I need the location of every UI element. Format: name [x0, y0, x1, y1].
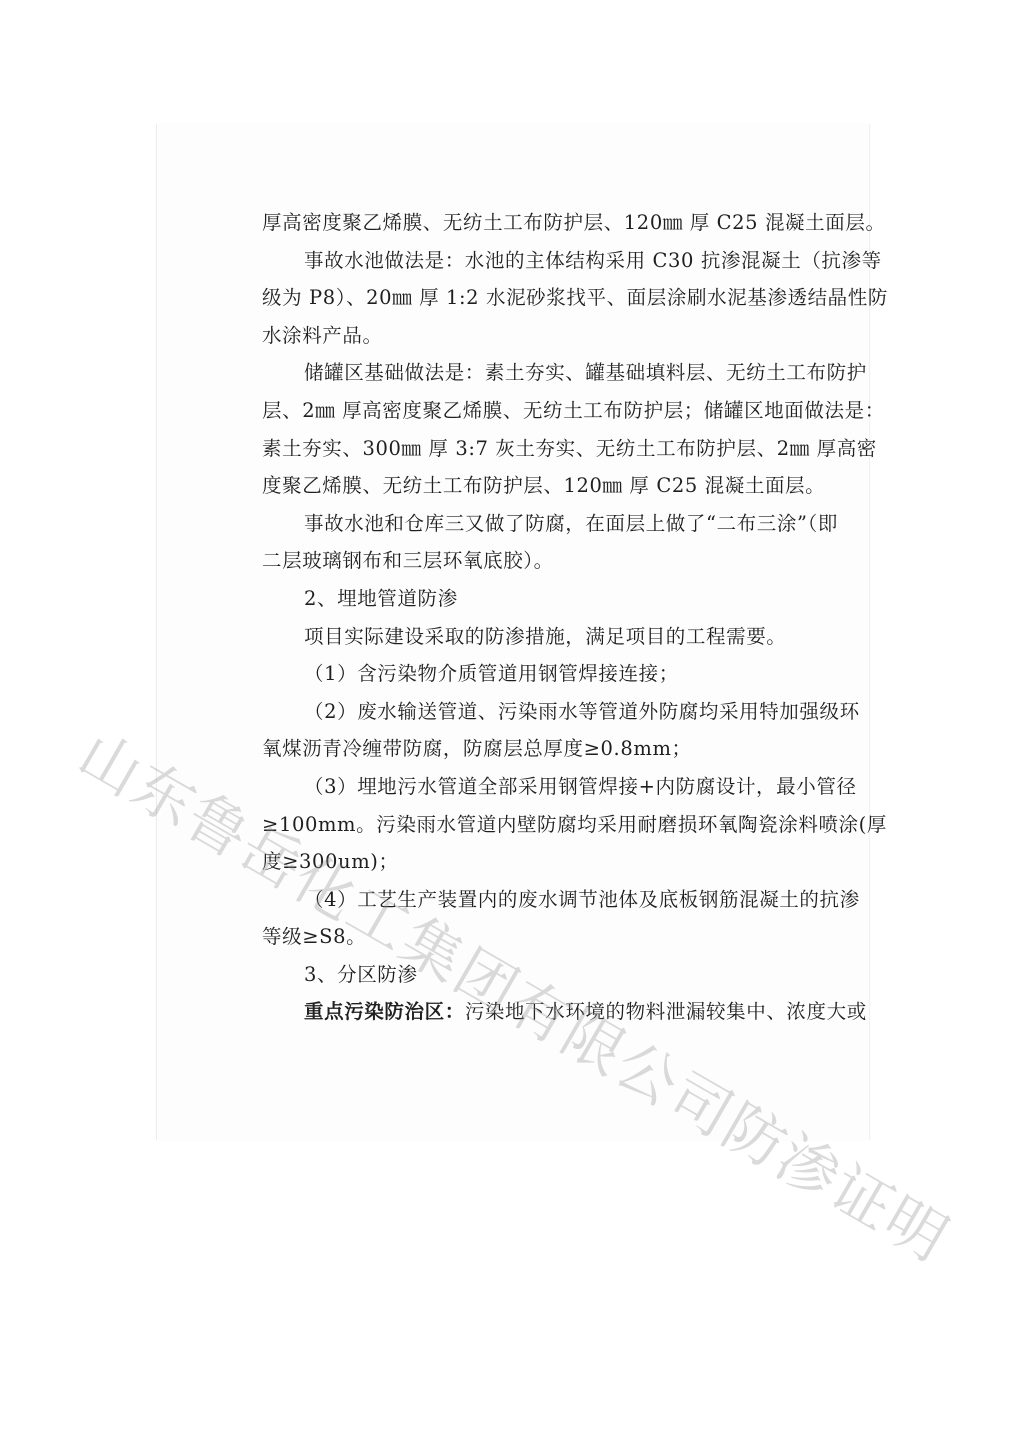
key-zone-text: 污染地下水环境的物料泄漏较集中、浓度大或	[465, 1000, 867, 1023]
paragraph-anticorrosion: 事故水池和仓库三又做了防腐，在面层上做了“二布三涂”（即	[262, 509, 792, 547]
text-line: 厚高密度聚乙烯膜、无纺土工布防护层、120㎜ 厚 C25 混凝土面层。	[262, 208, 792, 246]
text-line: 氧煤沥青冷缠带防腐，防腐层总厚度≥0.8mm；	[262, 734, 792, 772]
section-heading-buried-pipes: 2、埋地管道防渗	[262, 584, 792, 622]
text-line: 级为 P8）、20㎜ 厚 1:2 水泥砂浆找平、面层涂刷水泥基渗透结晶性防	[262, 283, 792, 321]
list-item-4: （4）工艺生产装置内的废水调节池体及底板钢筋混凝土的抗渗	[262, 885, 792, 923]
paragraph-pipe-intro: 项目实际建设采取的防渗措施，满足项目的工程需要。	[262, 622, 792, 660]
text-line: 度≥300um)；	[262, 847, 792, 885]
section-heading-zoned-seepage: 3、分区防渗	[262, 960, 792, 998]
text-line: 水涂料产品。	[262, 321, 792, 359]
text-line: 层、2㎜ 厚高密度聚乙烯膜、无纺土工布防护层；储罐区地面做法是：	[262, 396, 792, 434]
text-line: 二层玻璃钢布和三层环氧底胶）。	[262, 546, 792, 584]
list-item-3: （3）埋地污水管道全部采用钢管焊接+内防腐设计，最小管径	[262, 772, 792, 810]
text-line: 素土夯实、300㎜ 厚 3:7 灰土夯实、无纺土工布防护层、2㎜ 厚高密	[262, 434, 792, 472]
list-item-2: （2）废水输送管道、污染雨水等管道外防腐均采用特加强级环	[262, 697, 792, 735]
text-line: 度聚乙烯膜、无纺土工布防护层、120㎜ 厚 C25 混凝土面层。	[262, 471, 792, 509]
text-line: 等级≥S8。	[262, 922, 792, 960]
document-body: 厚高密度聚乙烯膜、无纺土工布防护层、120㎜ 厚 C25 混凝土面层。 事故水池…	[262, 208, 792, 1035]
paragraph-key-zone: 重点污染防治区：污染地下水环境的物料泄漏较集中、浓度大或	[262, 997, 792, 1035]
key-zone-label: 重点污染防治区：	[304, 1000, 465, 1023]
paragraph-accident-pool: 事故水池做法是：水池的主体结构采用 C30 抗渗混凝土（抗渗等	[262, 246, 792, 284]
text-line: ≥100mm。污染雨水管道内壁防腐均采用耐磨损环氧陶瓷涂料喷涂(厚	[262, 810, 792, 848]
list-item-1: （1）含污染物介质管道用钢管焊接连接；	[262, 659, 792, 697]
paragraph-tank-area: 储罐区基础做法是：素土夯实、罐基础填料层、无纺土工布防护	[262, 358, 792, 396]
